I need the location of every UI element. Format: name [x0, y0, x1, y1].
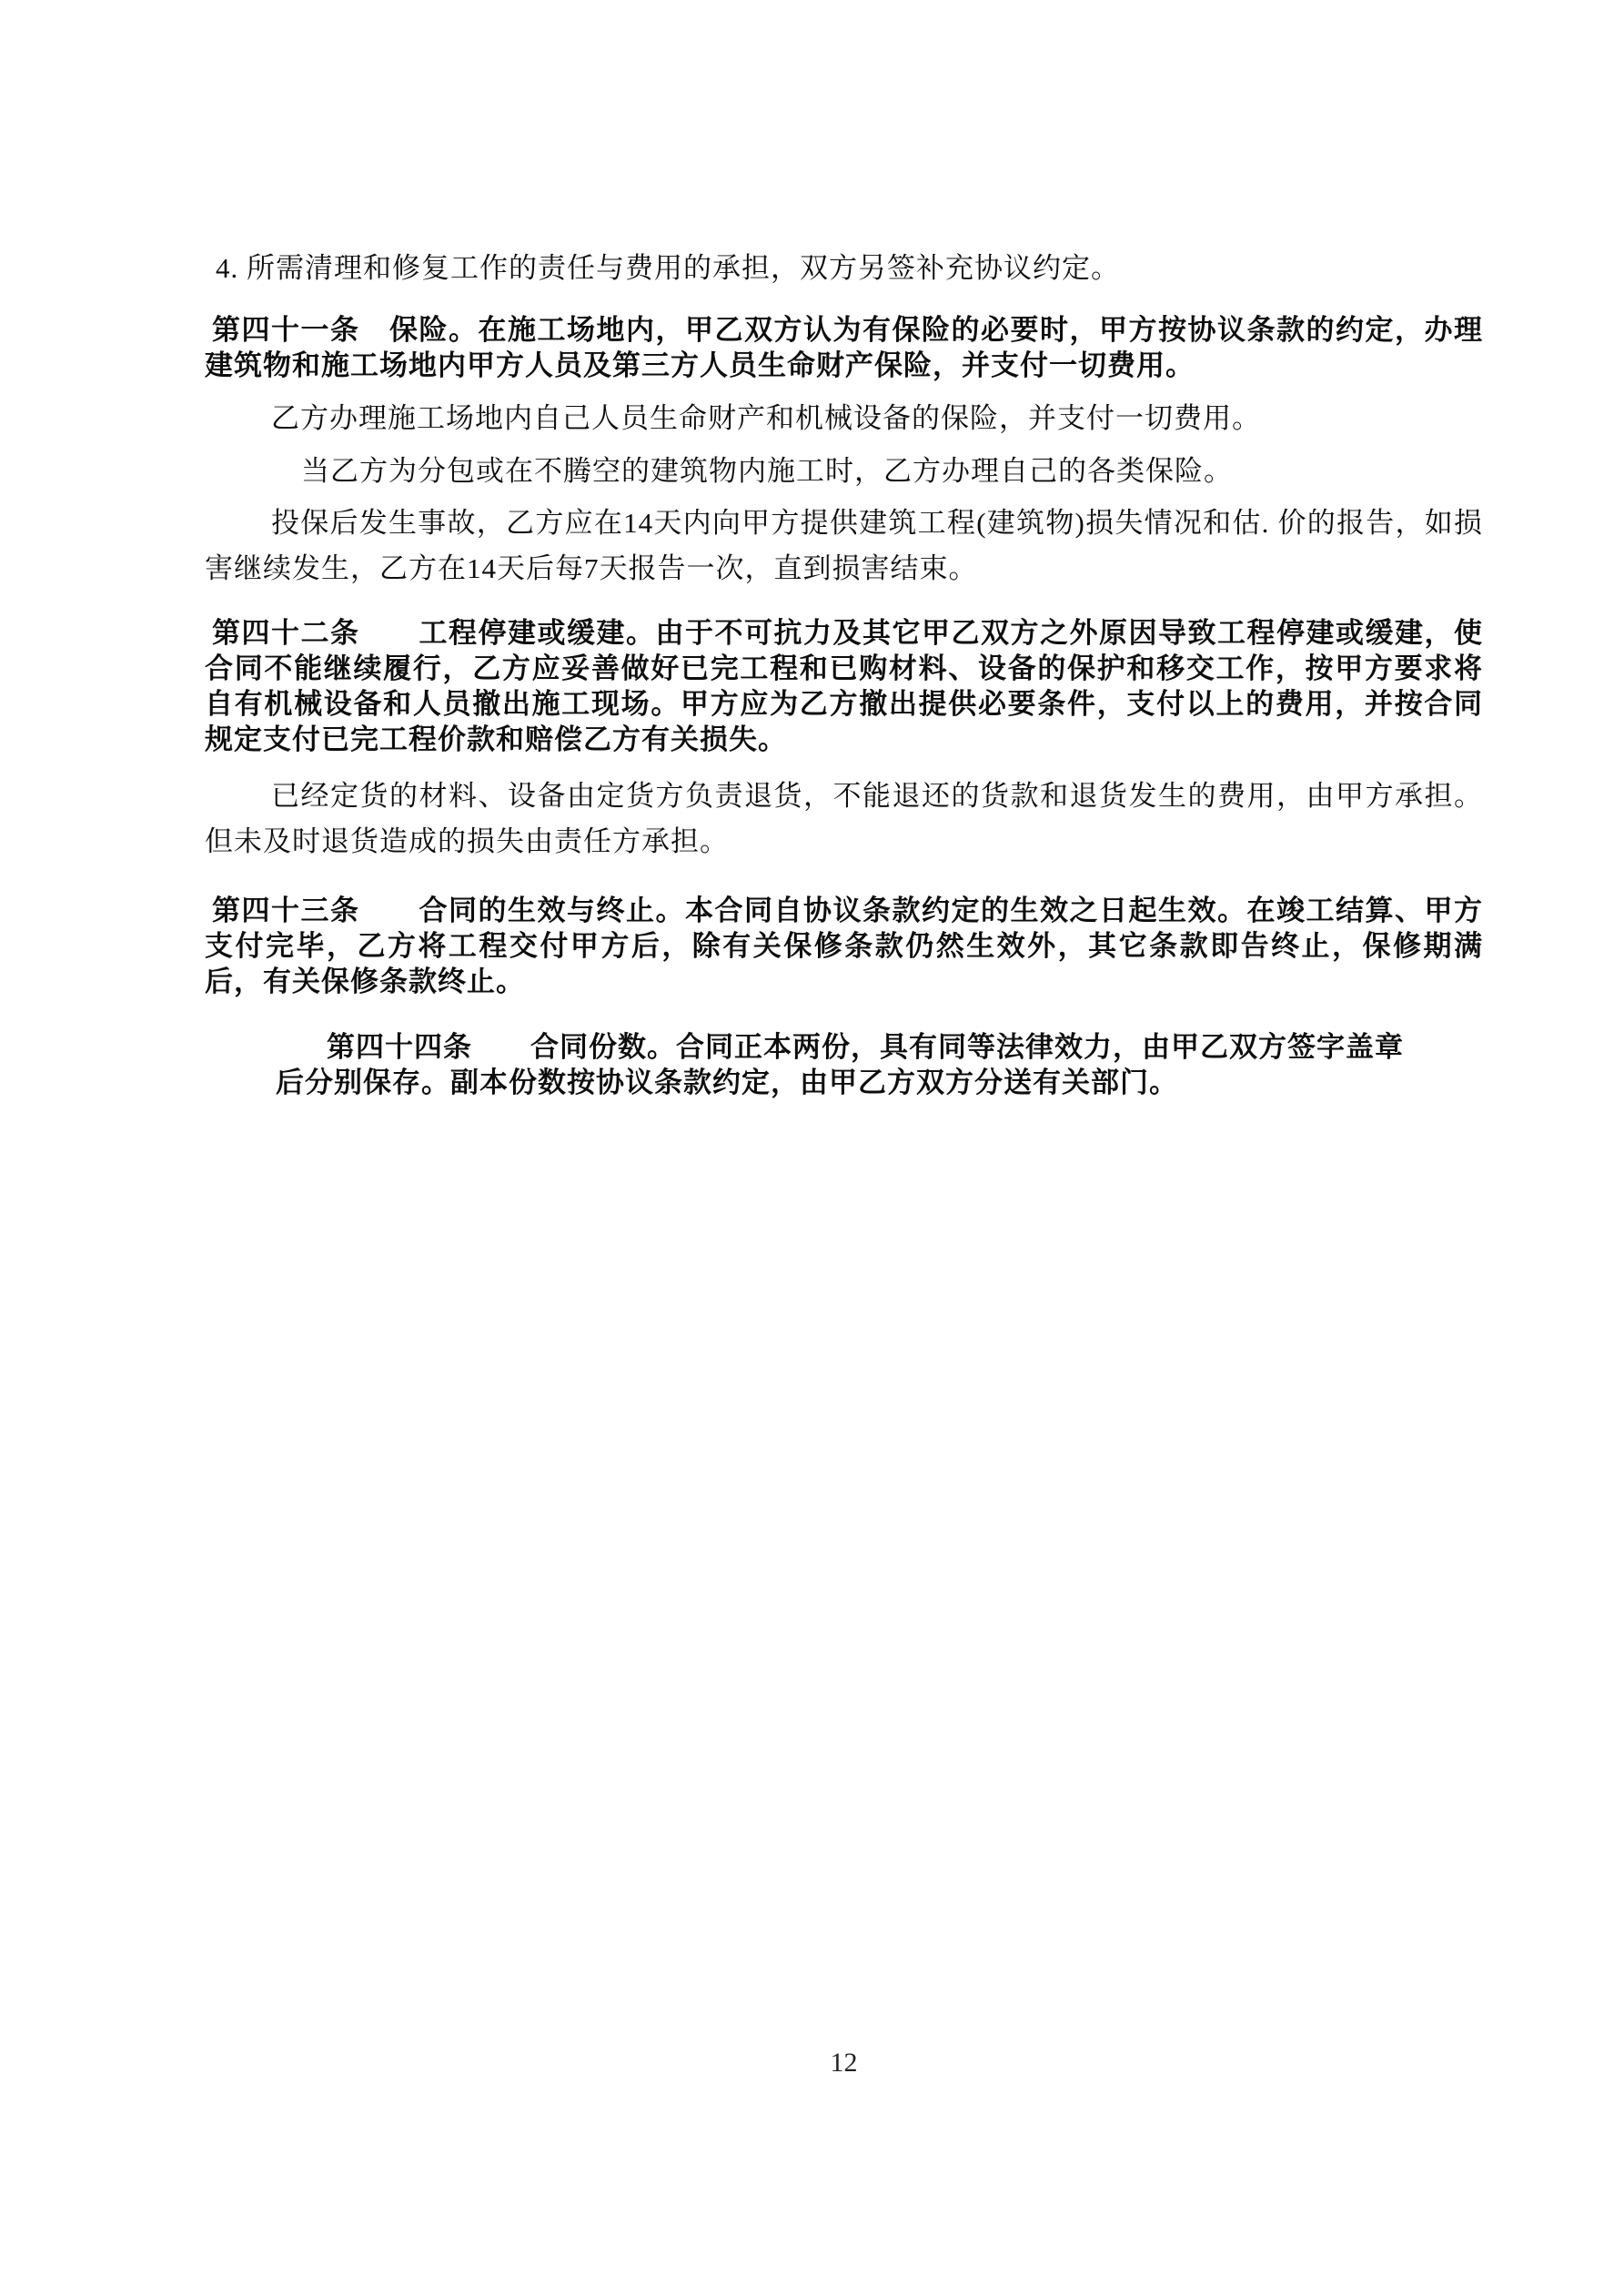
article-41-paragraph-3: 当乙方为分包或在不腾空的建筑物内施工时，乙方办理自己的各类保险。	[205, 449, 1483, 494]
article-43-effectiveness-paragraph: 第四十三条 合同的生效与终止。本合同自协议条款约定的生效之日起生效。在竣工结算、…	[205, 893, 1483, 999]
page-number: 12	[205, 2048, 1483, 2079]
contract-document-page: 4. 所需清理和修复工作的责任与费用的承担，双方另签补充协议约定。 第四十一条 …	[0, 0, 1624, 2296]
article-41-insurance-paragraph: 第四十一条 保险。在施工场地内，甲乙双方认为有保险的必要时，甲方按协议条款的约定…	[205, 312, 1483, 383]
clause-item-4-paragraph: 4. 所需清理和修复工作的责任与费用的承担，双方另签补充协议约定。	[205, 246, 1483, 291]
article-42-suspension-paragraph: 第四十二条 工程停建或缓建。由于不可抗力及其它甲乙双方之外原因导致工程停建或缓建…	[205, 615, 1483, 757]
article-41-paragraph-4: 投保后发生事故，乙方应在14天内向甲方提供建筑工程(建筑物)损失情况和估. 价的…	[205, 501, 1483, 592]
article-44-copies-paragraph: 第四十四条 合同份数。合同正本两份，具有同等法律效力，由甲乙双方签字盖章后分别保…	[205, 1029, 1415, 1100]
article-41-paragraph-2: 乙方办理施工场地内自己人员生命财产和机械设备的保险，并支付一切费用。	[205, 396, 1483, 441]
contract-text-block: 4. 所需清理和修复工作的责任与费用的承担，双方另签补充协议约定。 第四十一条 …	[205, 0, 1483, 2296]
article-42-paragraph-2: 已经定货的材料、设备由定货方负责退货，不能退还的货款和退货发生的费用，由甲方承担…	[205, 774, 1483, 865]
